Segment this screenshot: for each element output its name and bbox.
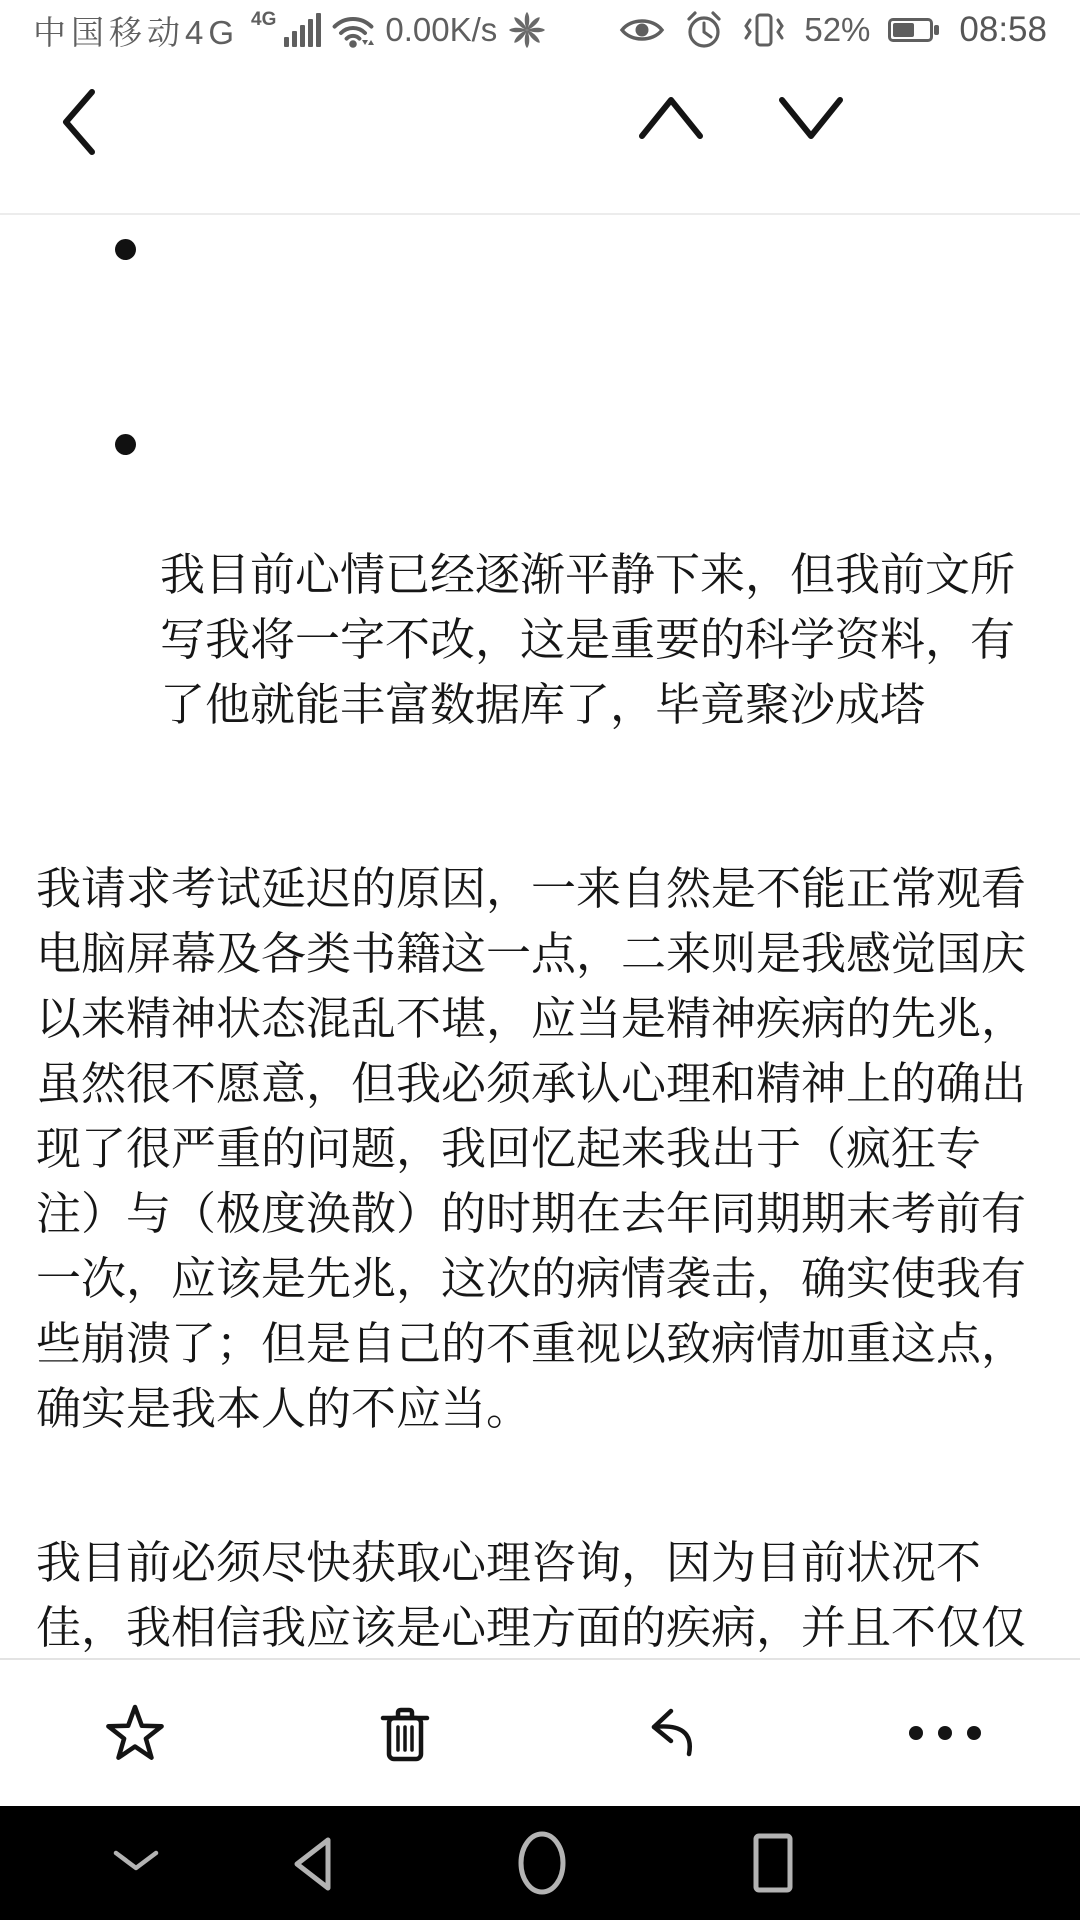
reply-icon[interactable] (540, 1703, 810, 1763)
trash-icon[interactable] (270, 1701, 540, 1765)
scroll-down-icon[interactable] (776, 94, 846, 142)
status-left-group: 中国移动4G 4G 0.00K/s (33, 7, 547, 54)
back-chevron-icon[interactable] (50, 86, 114, 158)
android-home-icon[interactable] (515, 1828, 569, 1898)
battery-percent: 52% (804, 11, 870, 49)
android-nav-bar (0, 1806, 1080, 1920)
list-item (36, 217, 1044, 412)
hide-navbar-chevron-icon[interactable] (113, 1850, 159, 1872)
android-recents-icon[interactable] (749, 1831, 797, 1895)
star-icon[interactable] (0, 1702, 270, 1764)
carrier-label: 中国移动4G (33, 7, 239, 54)
status-right-group: 52% 08:58 (618, 10, 1047, 50)
alarm-icon (684, 10, 724, 50)
header-bar (0, 60, 1080, 213)
android-back-icon[interactable] (289, 1834, 335, 1894)
bullet-list: 我目前心情已经逐渐平静下来，但我前文所 写我将一字不改，这是重要的科学资料，有 … (36, 217, 1044, 737)
list-item: 我目前心情已经逐渐平静下来，但我前文所 写我将一字不改，这是重要的科学资料，有 … (36, 412, 1044, 737)
clock-time: 08:58 (959, 10, 1047, 50)
huawei-logo (507, 11, 547, 49)
network-type-badge: 4G (251, 7, 276, 29)
eye-comfort-icon (618, 13, 666, 47)
paragraph: 我请求考试延迟的原因，一来自然是不能正常观看 电脑屏幕及各类书籍这一点，二来则是… (36, 856, 1044, 1441)
action-toolbar (0, 1660, 1080, 1806)
vibrate-icon (742, 11, 786, 49)
paragraph: 我目前必须尽快获取心理咨询，因为目前状况不 佳，我相信我应该是心理方面的疾病，并… (36, 1530, 1044, 1658)
battery-icon (888, 18, 933, 42)
status-bar: 中国移动4G 4G 0.00K/s (0, 0, 1080, 60)
message-body-scroll-area[interactable]: 我目前心情已经逐渐平静下来，但我前文所 写我将一字不改，这是重要的科学资料，有 … (0, 215, 1080, 1658)
signal-bars-icon (284, 13, 321, 47)
network-speed: 0.00K/s (385, 11, 497, 49)
scroll-up-icon[interactable] (636, 94, 706, 142)
wifi-icon (331, 11, 375, 49)
more-dots-icon[interactable] (810, 1725, 1080, 1741)
bullet-dot (115, 239, 136, 260)
bullet-text: 我目前心情已经逐渐平静下来，但我前文所 写我将一字不改，这是重要的科学资料，有 … (160, 549, 1015, 730)
phone-screen: 中国移动4G 4G 0.00K/s (0, 0, 1080, 1920)
bullet-dot (115, 434, 136, 455)
